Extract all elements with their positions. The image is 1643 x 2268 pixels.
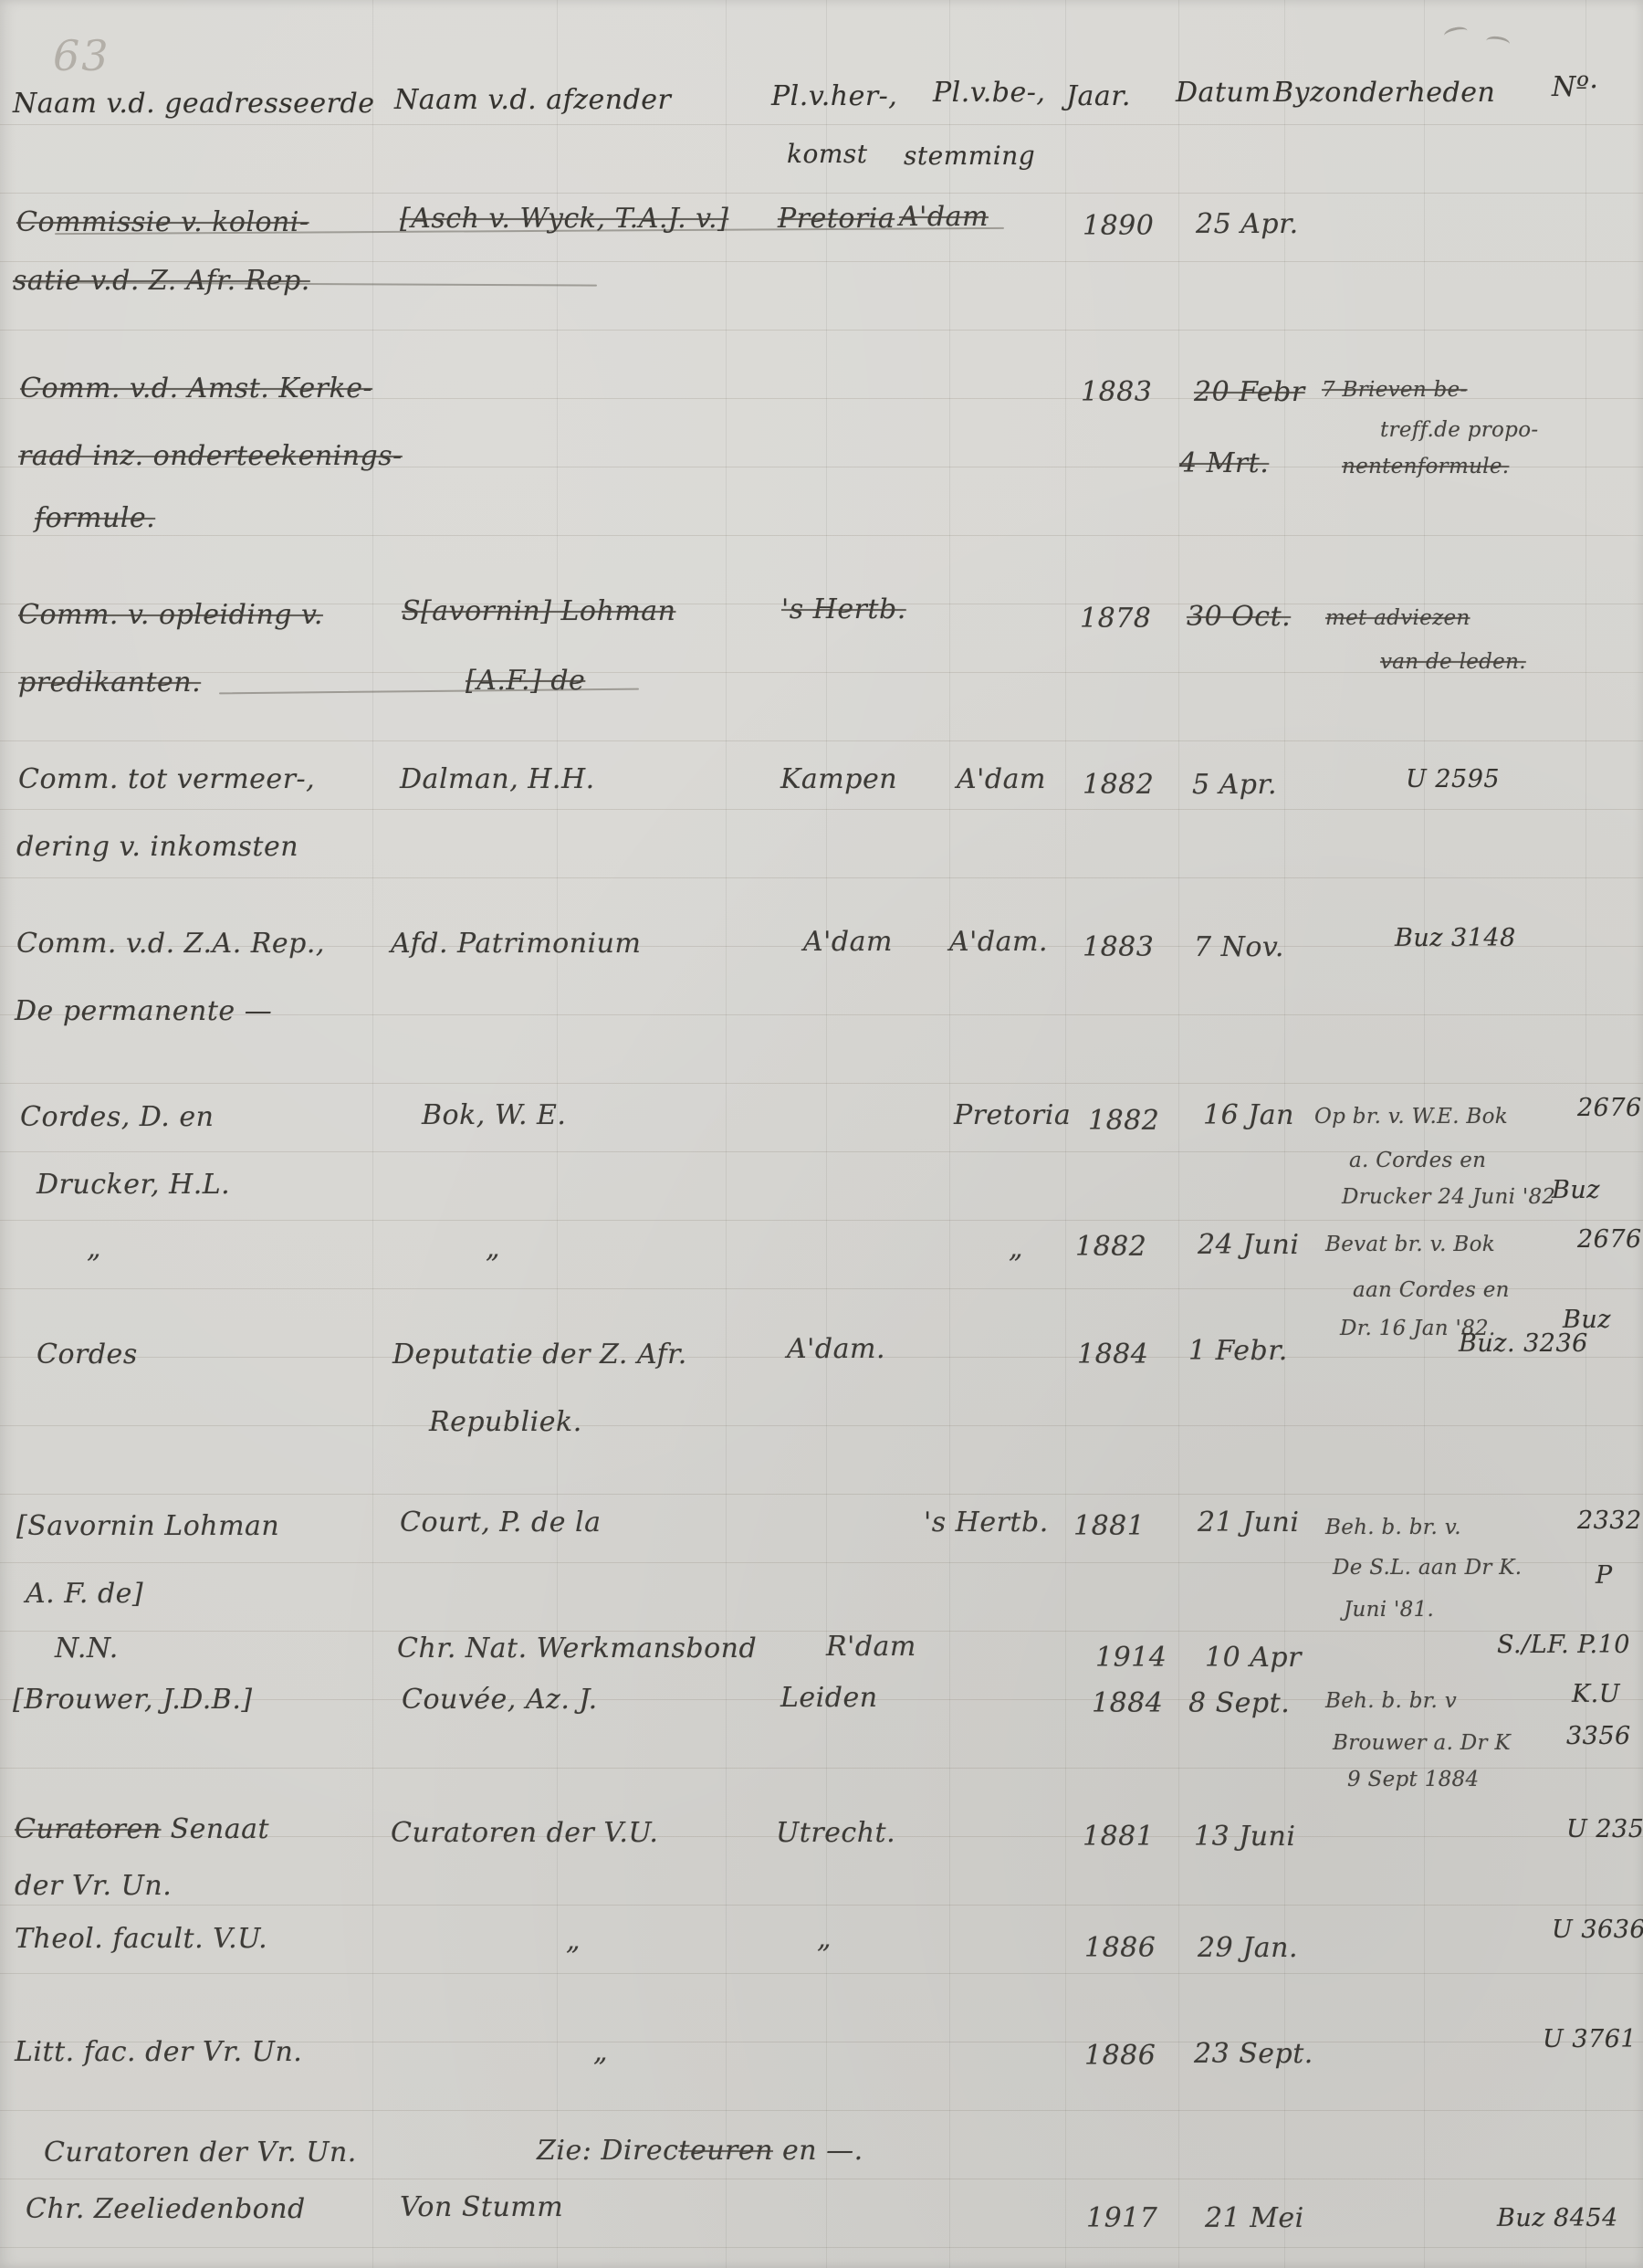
header-col-number: Nº· [1552,71,1598,103]
row-10-origin: R'dam [826,1631,916,1663]
row-9-addressee: A. F. de] [26,1578,143,1610]
row-5-origin: A'dam [803,926,893,958]
column-rule [1178,0,1179,2268]
row-16-addressee: Chr. Zeeliedenbond [26,2193,306,2225]
row-3-sender: [A.F.] de [466,665,585,697]
column-rule [1065,0,1066,2268]
row-14-addressee: Litt. fac. der Vr. Un. [15,2036,302,2068]
row-12-addressee: der Vr. Un. [15,1870,172,1902]
row-7-number: 2676 [1577,1225,1642,1254]
row-8-date: 1 Febr. [1188,1335,1288,1367]
row-1-sender: [Asch v. Wyck, T.A.J. v.] [400,203,728,235]
header-col-origin-line1: Pl.v.her-, [771,80,897,112]
row-11-date: 8 Sept. [1188,1687,1290,1719]
page-number: 63 [53,31,110,80]
row-11-origin: Leiden [780,1682,878,1714]
row-10-sender: Chr. Nat. Werkmansbond [397,1633,757,1664]
row-3-particulars: met adviezen [1325,606,1470,630]
row-10-year: 1914 [1095,1642,1167,1674]
header-col-addressee: Naam v.d. geadresseerde [13,88,374,120]
column-rule [949,0,950,2268]
row-9-year: 1881 [1073,1510,1145,1542]
row-4-number: U 2595 [1406,765,1500,793]
row-8-sender: Republiek. [429,1406,582,1438]
row-12-year: 1881 [1083,1821,1154,1853]
row-3-date: 30 Oct. [1187,601,1291,633]
row-6-addressee: Drucker, H.L. [37,1169,230,1201]
ledger-page: 63 Naam v.d. geadresseerde Naam v.d. afz… [0,0,1643,2268]
row-6-date: 16 Jan [1203,1099,1294,1131]
row-11-particulars: Beh. b. br. v [1325,1689,1457,1713]
row-6-addressee: Cordes, D. en [20,1101,214,1133]
row-7-date: 24 Juni [1198,1229,1299,1261]
row-9-particulars: De S.L. aan Dr K. [1333,1556,1522,1580]
row-12-origin: Utrecht. [776,1817,895,1849]
row-6-particulars: Drucker 24 Juni '82 [1342,1185,1555,1209]
row-8-sender: Deputatie der Z. Afr. [392,1339,687,1370]
row-4-origin: Kampen [780,763,897,795]
row-14-number: U 3761 [1543,2025,1637,2053]
row-3-sender: S[avornin] Lohman [402,595,675,627]
row-1-destination: A'dam [899,201,989,233]
row-13-date: 29 Jan. [1198,1932,1298,1964]
row-5-sender: Afd. Patrimonium [391,928,641,960]
row-1-addressee: Commissie v. koloni- [16,206,309,238]
row-7-particulars: aan Cordes en [1353,1278,1510,1302]
row-8-year: 1884 [1077,1339,1148,1370]
row-12-number: U 2353 [1566,1815,1643,1843]
row-9-number: 2332 [1577,1507,1642,1535]
row-8-number: Buz. 3236 [1459,1329,1588,1358]
row-11-particulars: 9 Sept 1884 [1347,1768,1479,1791]
header-col-particulars: Byzonderheden [1273,77,1495,109]
row-4-addressee: dering v. inkomsten [16,831,298,863]
row-9-sender: Court, P. de la [400,1507,601,1538]
row-2-particulars: treff.de propo- [1380,418,1538,442]
row-4-sender: Dalman, H.H. [400,763,595,795]
row-6-number: Buz [1552,1176,1600,1204]
row-6-number: 2676 [1577,1094,1642,1122]
row-6-year: 1882 [1088,1105,1159,1137]
row-16-year: 1917 [1086,2202,1157,2234]
row-13-origin: „ [817,1923,832,1955]
row-5-destination: A'dam. [949,926,1048,958]
row-2-addressee: Comm. v.d. Amst. Kerke- [20,373,372,404]
row-7-year: 1882 [1075,1231,1146,1263]
row-9-addressee: [Savornin Lohman [16,1510,279,1542]
row-5-addressee: De permanente — [15,995,272,1027]
pencil-smudge [1485,35,1511,49]
row-2-date: 20 Febr [1194,376,1305,408]
column-rule [726,0,727,2268]
row-13-year: 1886 [1084,1932,1156,1964]
row-2-particulars: nentenformule. [1342,455,1509,478]
row-15-sender: Zie: Directeuren en —. [537,2135,863,2167]
row-13-sender: „ [566,1925,581,1957]
row-2-particulars: 7 Brieven be- [1322,378,1468,402]
column-rule [372,0,373,2268]
row-16-date: 21 Mei [1205,2202,1304,2234]
row-3-addressee: predikanten. [18,667,201,698]
column-rule [1284,0,1285,2268]
header-col-date: Datum [1176,77,1271,109]
row-13-addressee: Theol. facult. V.U. [15,1923,267,1955]
row-5-addressee: Comm. v.d. Z.A. Rep., [16,928,325,960]
row-4-year: 1882 [1083,769,1154,801]
row-14-sender: „ [593,2036,608,2068]
row-3-particulars: van de leden. [1380,650,1526,674]
row-6-particulars: Op br. v. W.E. Bok [1314,1105,1508,1129]
row-8-addressee: Cordes [37,1339,138,1370]
row-11-sender: Couvée, Az. J. [402,1684,598,1716]
row-5-year: 1883 [1083,931,1154,963]
header-col-destination-line2: stemming [904,141,1035,171]
row-11-particulars: Brouwer a. Dr K [1333,1731,1511,1755]
row-1-year: 1890 [1083,210,1154,242]
row-11-number: 3356 [1566,1722,1631,1750]
row-2-addressee: formule. [35,502,155,534]
header-col-destination-line1: Pl.v.be-, [933,77,1045,109]
row-14-year: 1886 [1084,2040,1156,2072]
row-12-sender: Curatoren der V.U. [391,1817,658,1849]
row-10-addressee: N.N. [55,1633,119,1664]
row-9-number: P [1596,1561,1613,1590]
row-11-addressee: [Brouwer, J.D.B.] [13,1684,253,1716]
row-16-number: Buz 8454 [1497,2204,1618,2232]
row-14-date: 23 Sept. [1194,2038,1313,2070]
row-9-particulars: Juni '81. [1344,1598,1434,1622]
row-2-addressee: raad inz. onderteekenings- [18,440,403,472]
row-11-number: K.U [1572,1680,1620,1708]
row-5-number: Buz 3148 [1395,924,1516,952]
row-2-year: 1883 [1081,376,1152,408]
row-10-number: S./LF. P.10 [1497,1631,1630,1659]
pencil-smudge [1443,25,1469,41]
row-4-destination: A'dam [957,763,1046,795]
row-12-date: 13 Juni [1194,1821,1295,1853]
row-15-addressee: Curatoren der Vr. Un. [44,2137,357,2168]
header-col-year: Jaar. [1066,80,1131,112]
row-1-addressee: satie v.d. Z. Afr. Rep. [13,265,310,297]
row-12-addressee: Curatoren Senaat [15,1813,269,1845]
row-7-particulars: Bevat br. v. Bok [1325,1233,1495,1256]
row-7-destination: „ [1009,1233,1023,1265]
row-4-date: 5 Apr. [1192,769,1277,801]
row-11-year: 1884 [1092,1687,1163,1719]
row-6-particulars: a. Cordes en [1349,1149,1486,1172]
row-8-origin: A'dam. [787,1333,885,1365]
row-2-date: 4 Mrt. [1179,447,1269,479]
row-9-particulars: Beh. b. br. v. [1325,1516,1461,1539]
row-4-addressee: Comm. tot vermeer-, [18,763,315,795]
row-6-destination: Pretoria [954,1099,1071,1131]
row-10-date: 10 Apr [1205,1642,1302,1674]
header-col-sender: Naam v.d. afzender [394,84,671,116]
column-rule [557,0,558,2268]
header-col-origin-line2: komst [787,139,868,169]
row-3-origin: 's Hertb. [781,593,906,625]
row-1-origin: Pretoria [778,203,895,235]
row-5-date: 7 Nov. [1194,931,1284,963]
row-16-sender: Von Stumm [400,2191,563,2223]
row-13-number: U 3636. [1552,1916,1643,1944]
row-3-year: 1878 [1080,603,1151,635]
column-rule [1424,0,1425,2268]
row-9-destination: 's Hertb. [924,1507,1049,1538]
row-1-date: 25 Apr. [1196,208,1299,240]
row-7-sender: „ [486,1233,500,1265]
row-7-addressee: „ [87,1233,101,1265]
row-9-date: 21 Juni [1198,1507,1299,1538]
row-3-addressee: Comm. v. opleiding v. [18,599,323,631]
row-6-sender: Bok, W. E. [422,1099,566,1131]
